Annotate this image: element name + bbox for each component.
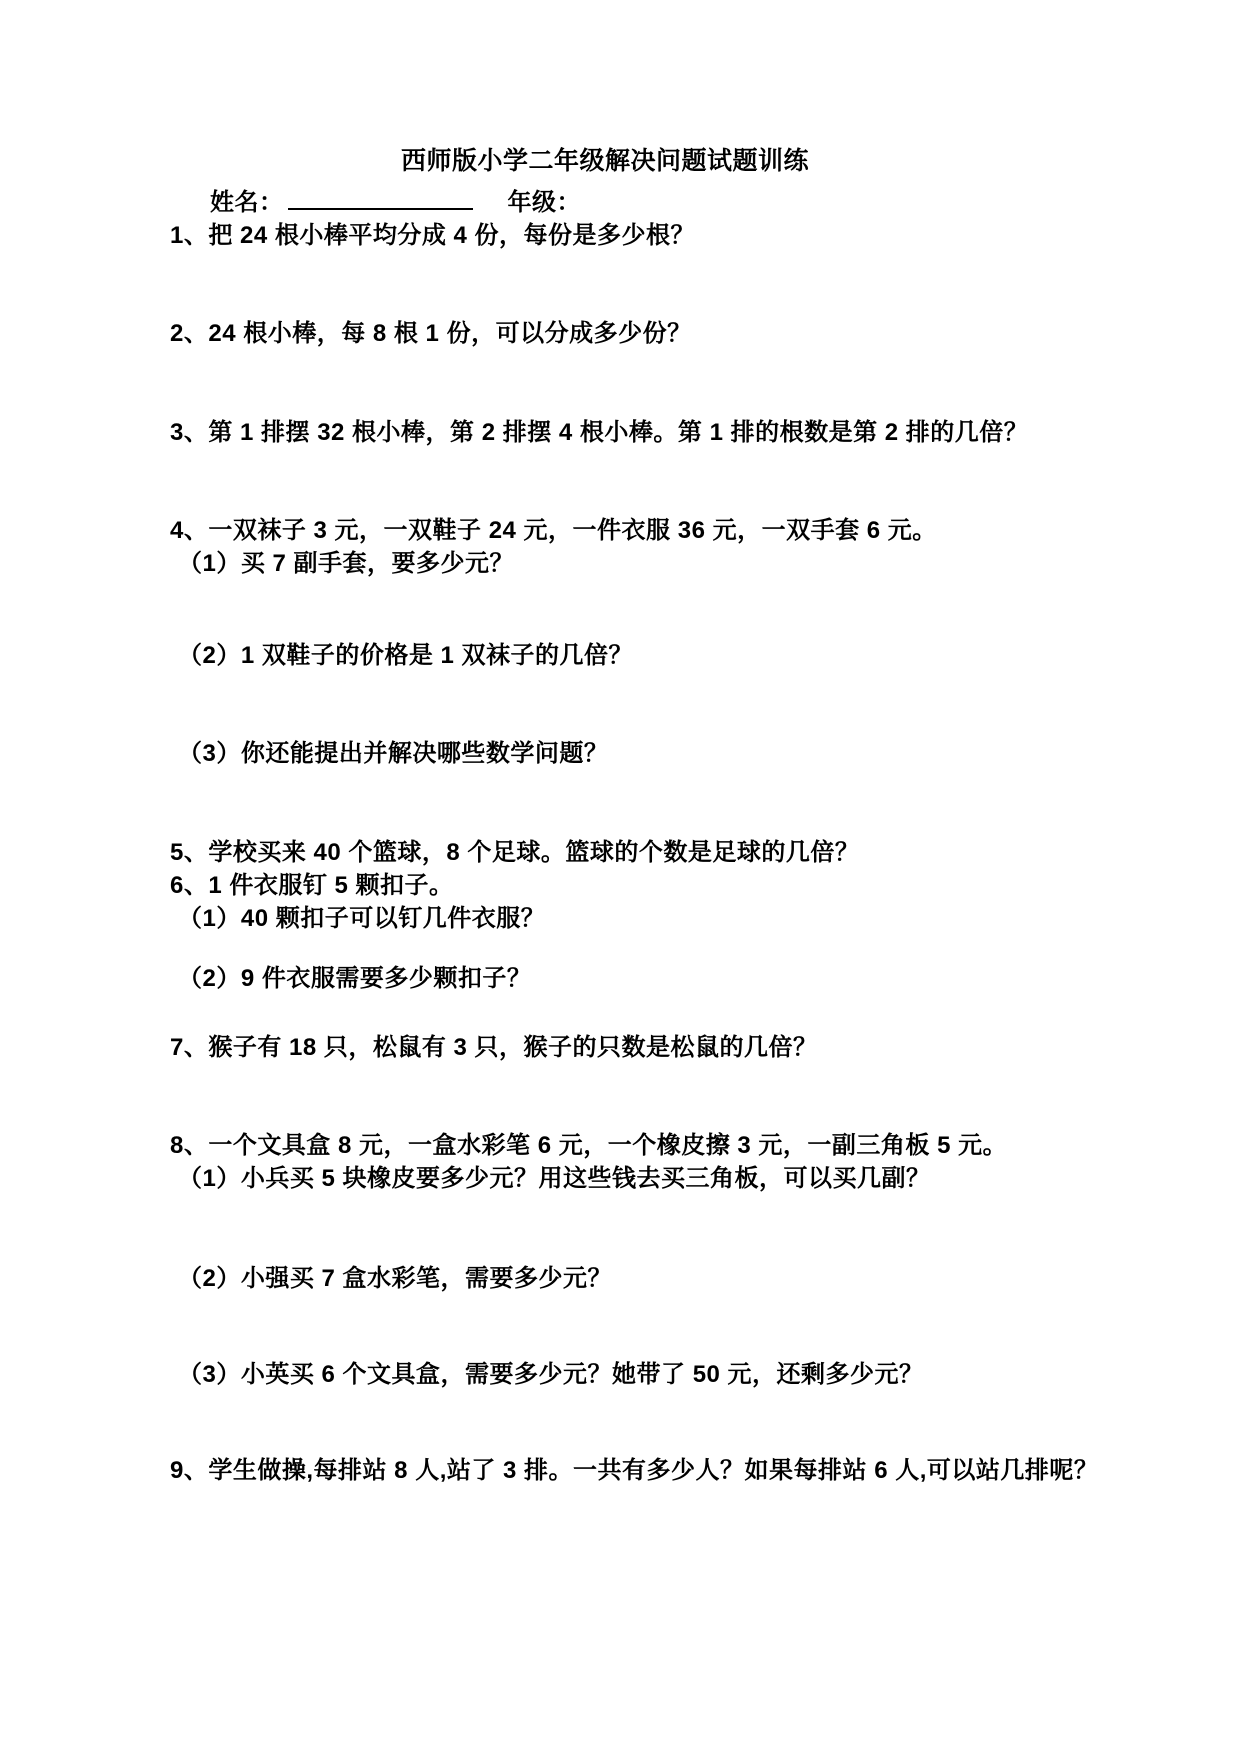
question-9: 9、学生做操,每排站 8 人,站了 3 排。一共有多少人？如果每排站 6 人,可… — [170, 1454, 1106, 1487]
question-6-part-1: （1）40 颗扣子可以钉几件衣服？ — [170, 902, 1106, 935]
question-4-part-1: （1）买 7 副手套，要多少元？ — [170, 547, 1106, 580]
page-title: 西师版小学二年级解决问题试题训练 — [137, 145, 1073, 178]
question-8-part-1: （1）小兵买 5 块橡皮要多少元？用这些钱去买三角板，可以买几副？ — [170, 1162, 1106, 1195]
question-5: 5、学校买来 40 个篮球，8 个足球。篮球的个数是足球的几倍？ — [170, 836, 1106, 869]
name-label: 姓名： — [210, 189, 284, 216]
question-4: 4、一双袜子 3 元，一双鞋子 24 元，一件衣服 36 元，一双手套 6 元。 — [170, 514, 1106, 547]
question-8-part-3: （3）小英买 6 个文具盒，需要多少元？她带了 50 元，还剩多少元？ — [170, 1358, 1106, 1391]
question-8-part-2: （2）小强买 7 盒水彩笔，需要多少元？ — [170, 1262, 1106, 1295]
question-3: 3、第 1 排摆 32 根小棒，第 2 排摆 4 根小棒。第 1 排的根数是第 … — [170, 416, 1106, 449]
question-4-part-2: （2）1 双鞋子的价格是 1 双袜子的几倍？ — [170, 639, 1106, 672]
worksheet-page: 西师版小学二年级解决问题试题训练 姓名：年级： 1、把 24 根小棒平均分成 4… — [0, 0, 1241, 1754]
question-6-part-2: （2）9 件衣服需要多少颗扣子？ — [170, 962, 1106, 995]
grade-label: 年级： — [508, 189, 582, 216]
name-blank-field — [288, 184, 473, 210]
question-6: 6、1 件衣服钉 5 颗扣子。 — [170, 869, 1106, 902]
question-1: 1、把 24 根小棒平均分成 4 份，每份是多少根？ — [170, 219, 1106, 252]
question-2: 2、24 根小棒，每 8 根 1 份，可以分成多少份？ — [170, 317, 1106, 350]
name-grade-row: 姓名：年级： — [210, 184, 1106, 219]
question-8: 8、一个文具盒 8 元，一盒水彩笔 6 元，一个橡皮擦 3 元，一副三角板 5 … — [170, 1129, 1106, 1162]
question-4-part-3: （3）你还能提出并解决哪些数学问题？ — [170, 737, 1106, 770]
question-7: 7、猴子有 18 只，松鼠有 3 只，猴子的只数是松鼠的几倍？ — [170, 1031, 1106, 1064]
